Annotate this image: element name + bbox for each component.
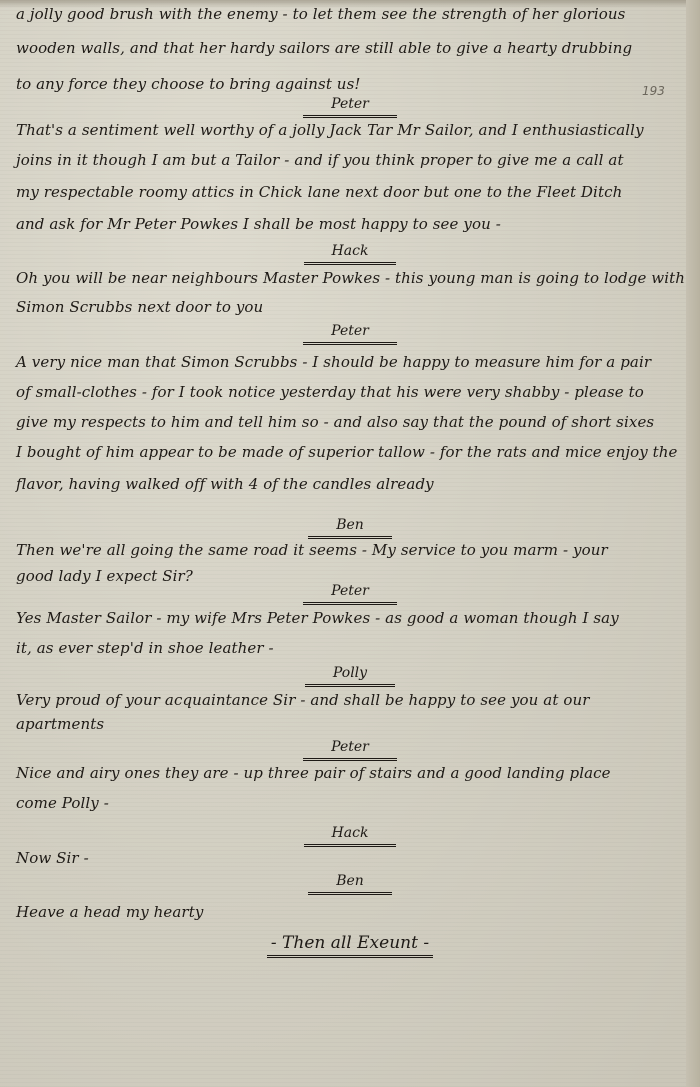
speaker-heading: Peter bbox=[0, 95, 700, 118]
manuscript-page: 193 a jolly good brush with the enemy - … bbox=[0, 0, 700, 1087]
speaker-heading: Peter bbox=[0, 738, 700, 761]
text-line: Oh you will be near neighbours Master Po… bbox=[16, 268, 682, 288]
text-line: Simon Scrubbs next door to you bbox=[16, 297, 682, 317]
text-line: to any force they choose to bring agains… bbox=[16, 74, 682, 94]
text-line: Heave a head my hearty bbox=[16, 902, 682, 922]
text-line: apartments bbox=[16, 714, 682, 734]
text-line: I bought of him appear to be made of sup… bbox=[16, 442, 682, 462]
page-binding-edge bbox=[686, 0, 700, 1087]
text-line: of small-clothes - for I took notice yes… bbox=[16, 382, 682, 402]
text-line: a jolly good brush with the enemy - to l… bbox=[16, 4, 682, 24]
text-line: flavor, having walked off with 4 of the … bbox=[16, 474, 682, 494]
text-line: joins in it though I am but a Tailor - a… bbox=[16, 150, 682, 170]
speaker-heading: Polly bbox=[0, 664, 700, 687]
stage-direction-text: - Then all Exeunt - bbox=[267, 934, 433, 958]
speaker-heading: Peter bbox=[0, 582, 700, 605]
text-line: give my respects to him and tell him so … bbox=[16, 412, 682, 432]
speaker-name: Hack bbox=[304, 824, 397, 847]
speaker-name: Peter bbox=[303, 582, 397, 605]
text-line: come Polly - bbox=[16, 793, 682, 813]
text-line: Yes Master Sailor - my wife Mrs Peter Po… bbox=[16, 608, 682, 628]
text-line: Now Sir - bbox=[16, 848, 682, 868]
text-line: my respectable roomy attics in Chick lan… bbox=[16, 182, 682, 202]
speaker-name: Hack bbox=[304, 242, 397, 265]
speaker-name: Peter bbox=[303, 322, 397, 345]
speaker-heading: Ben bbox=[0, 516, 700, 539]
speaker-name: Ben bbox=[308, 872, 392, 895]
text-line: and ask for Mr Peter Powkes I shall be m… bbox=[16, 214, 682, 234]
speaker-name: Ben bbox=[308, 516, 392, 539]
text-line: A very nice man that Simon Scrubbs - I s… bbox=[16, 352, 682, 372]
text-line: wooden walls, and that her hardy sailors… bbox=[16, 38, 682, 58]
text-line: Very proud of your acquaintance Sir - an… bbox=[16, 690, 682, 710]
speaker-name: Peter bbox=[303, 95, 397, 118]
speaker-name: Polly bbox=[305, 664, 395, 687]
speaker-heading: Ben bbox=[0, 872, 700, 895]
text-line: Nice and airy ones they are - up three p… bbox=[16, 763, 682, 783]
speaker-heading: Peter bbox=[0, 322, 700, 345]
text-line: it, as ever step'd in shoe leather - bbox=[16, 638, 682, 658]
text-line: That's a sentiment well worthy of a joll… bbox=[16, 120, 682, 140]
speaker-heading: Hack bbox=[0, 242, 700, 265]
speaker-heading: Hack bbox=[0, 824, 700, 847]
speaker-name: Peter bbox=[303, 738, 397, 761]
stage-direction-exit: - Then all Exeunt - bbox=[0, 934, 700, 958]
text-line: Then we're all going the same road it se… bbox=[16, 540, 682, 560]
